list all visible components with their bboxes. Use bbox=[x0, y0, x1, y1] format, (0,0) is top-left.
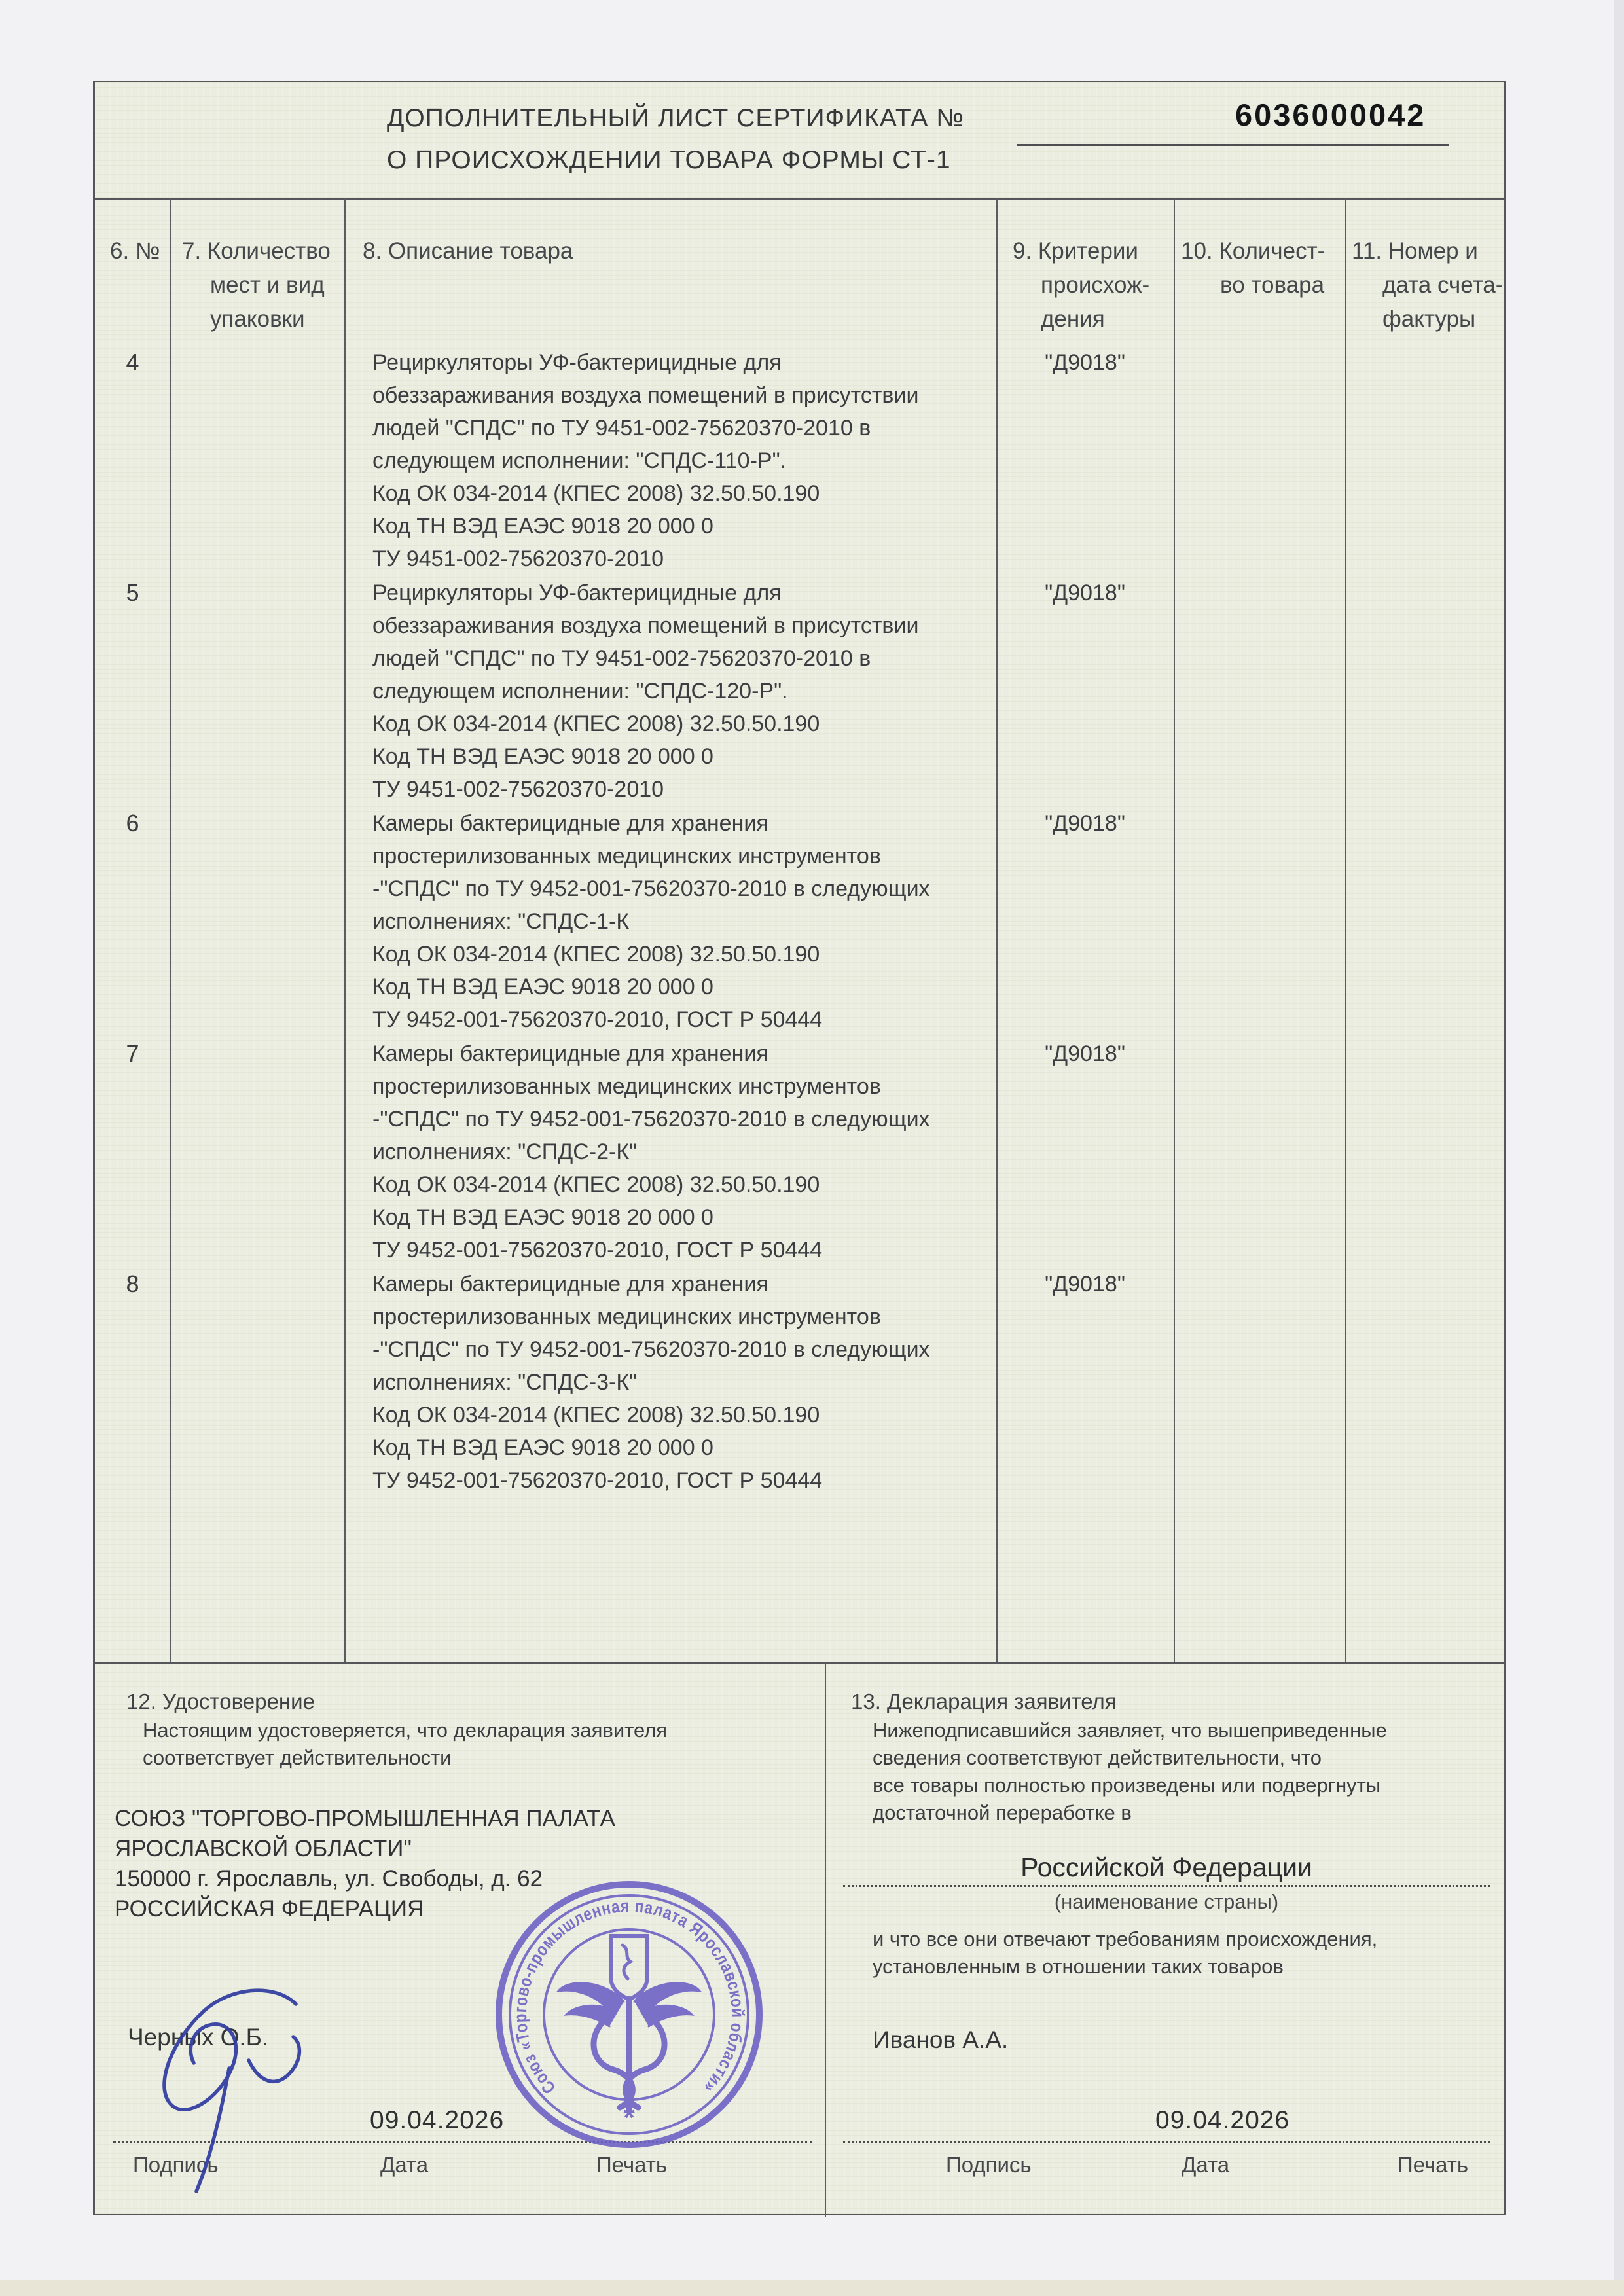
header-col6: 6. № bbox=[110, 234, 160, 268]
section13-stamp-label: Печать bbox=[1398, 2153, 1468, 2178]
row-description: Рециркуляторы УФ-бактерицидные дляобезза… bbox=[372, 346, 1001, 575]
scan-bottom-strip bbox=[0, 2280, 1624, 2296]
row-criteria: "Д9018" bbox=[996, 1037, 1174, 1070]
section13-text2: и что все они отвечают требованиям проис… bbox=[873, 1926, 1377, 1981]
document-title-line2: О ПРОИСХОЖДЕНИИ ТОВАРА ФОРМЫ СТ-1 bbox=[387, 146, 951, 175]
certificate-paper: ДОПОЛНИТЕЛЬНЫЙ ЛИСТ СЕРТИФИКАТА № 603600… bbox=[93, 81, 1506, 2215]
section12-signer-name: Черных О.Б. bbox=[128, 2024, 268, 2051]
table-row: 6 Камеры бактерицидные для храненияпрост… bbox=[95, 810, 1504, 1040]
table-body: 4 Рециркуляторы УФ-бактерицидные дляобез… bbox=[95, 349, 1504, 1501]
table-row: 8 Камеры бактерицидные для храненияпрост… bbox=[95, 1270, 1504, 1501]
footer-divider bbox=[825, 1662, 826, 2217]
header-col11: 11. Номер идата счета-фактуры bbox=[1352, 234, 1503, 336]
section12-date-label: Дата bbox=[380, 2153, 428, 2178]
section13-signature-label: Подпись bbox=[946, 2153, 1032, 2178]
section12-organization: СОЮЗ "ТОРГОВО-ПРОМЫШЛЕННАЯ ПАЛАТАЯРОСЛАВ… bbox=[115, 1804, 615, 1924]
section12-date-value: 09.04.2026 bbox=[370, 2106, 504, 2135]
table-top-border bbox=[95, 198, 1504, 200]
row-criteria: "Д9018" bbox=[996, 577, 1174, 609]
section13-country: Российской Федерации bbox=[843, 1852, 1490, 1883]
header-col10: 10. Количест-во товара bbox=[1181, 234, 1325, 302]
section12-stamp-label: Печать bbox=[596, 2153, 667, 2178]
row-criteria: "Д9018" bbox=[996, 346, 1174, 379]
section12-signature-line bbox=[113, 2141, 812, 2143]
row-criteria: "Д9018" bbox=[996, 807, 1174, 840]
section13-date-value: 09.04.2026 bbox=[1155, 2106, 1290, 2135]
section12-label: 12. Удостоверение bbox=[126, 1689, 315, 1714]
section13-date-label: Дата bbox=[1182, 2153, 1229, 2178]
header-col8: 8. Описание товара bbox=[363, 234, 573, 268]
table-bottom-border bbox=[95, 1662, 1504, 1664]
row-number: 7 bbox=[95, 1040, 170, 1067]
section12-text: Настоящим удостоверяется, что декларация… bbox=[143, 1717, 667, 1772]
row-number: 8 bbox=[95, 1270, 170, 1298]
header-col9: 9. Критериипроисхож-дения bbox=[1013, 234, 1149, 336]
row-description: Камеры бактерицидные для храненияпростер… bbox=[372, 807, 1001, 1036]
section13-text: Нижеподписавшийся заявляет, что вышеприв… bbox=[873, 1717, 1387, 1827]
document-title-line1: ДОПОЛНИТЕЛЬНЫЙ ЛИСТ СЕРТИФИКАТА № bbox=[387, 104, 964, 133]
section12-signature-label: Подпись bbox=[133, 2153, 219, 2178]
row-criteria: "Д9018" bbox=[996, 1268, 1174, 1300]
table-row: 4 Рециркуляторы УФ-бактерицидные дляобез… bbox=[95, 349, 1504, 579]
section13-country-line bbox=[843, 1885, 1490, 1887]
row-description: Камеры бактерицидные для храненияпростер… bbox=[372, 1268, 1001, 1497]
row-number: 4 bbox=[95, 349, 170, 376]
table-row: 7 Камеры бактерицидные для храненияпрост… bbox=[95, 1040, 1504, 1270]
scan-right-edge bbox=[1614, 0, 1624, 2296]
table-row: 5 Рециркуляторы УФ-бактерицидные дляобез… bbox=[95, 579, 1504, 810]
section13-country-caption: (наименование страны) bbox=[843, 1890, 1490, 1914]
section13-signer-name: Иванов А.А. bbox=[873, 2026, 1008, 2054]
scanned-certificate-page: { "doc": { "title_line1": "ДОПОЛНИТЕЛЬНЫ… bbox=[0, 0, 1624, 2296]
header-col7: 7. Количествомест и видупаковки bbox=[182, 234, 331, 336]
row-description: Камеры бактерицидные для храненияпростер… bbox=[372, 1037, 1001, 1266]
certificate-number-underline bbox=[1017, 144, 1449, 146]
row-description: Рециркуляторы УФ-бактерицидные дляобезза… bbox=[372, 577, 1001, 806]
section13-signature-line bbox=[843, 2141, 1490, 2143]
section13-label: 13. Декларация заявителя bbox=[851, 1689, 1117, 1714]
row-number: 5 bbox=[95, 579, 170, 607]
row-number: 6 bbox=[95, 810, 170, 837]
certificate-number: 6036000042 bbox=[1235, 97, 1426, 133]
